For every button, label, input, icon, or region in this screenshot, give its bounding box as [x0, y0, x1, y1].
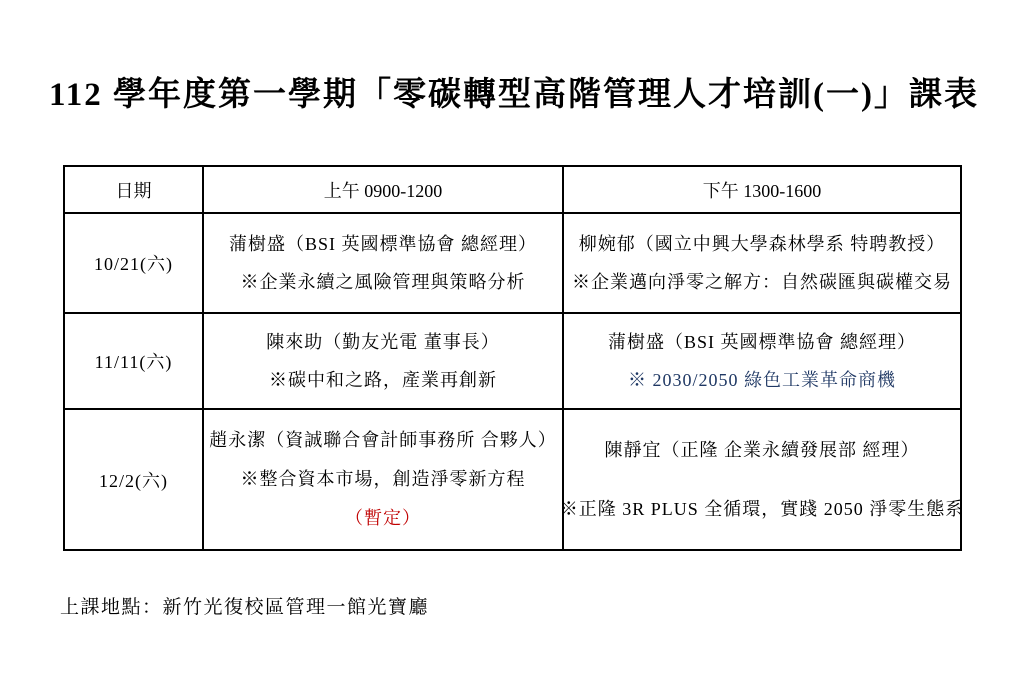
speaker-line: 蒲樹盛（BSI 英國標準協會 總經理） — [608, 331, 916, 354]
topic-line: ※碳中和之路，產業再創新 — [269, 369, 497, 392]
date-label: 10/21(六) — [94, 254, 173, 274]
table-row: 11/11(六) 陳來助（勤友光電 董事長） ※碳中和之路，產業再創新 蒲樹盛（… — [64, 313, 961, 409]
speaker-line: 趙永潔（資誠聯合會計師事務所 合夥人） — [209, 429, 557, 452]
afternoon-cell: 柳婉郁（國立中興大學森林學系 特聘教授） ※企業邁向淨零之解方：自然碳匯與碳權交… — [563, 213, 961, 313]
header-row: 日期 上午 0900-1200 下午 1300-1600 — [64, 166, 961, 213]
date-cell: 10/21(六) — [64, 213, 203, 313]
topic-line: ※整合資本市場，創造淨零新方程 — [241, 468, 526, 491]
date-label: 12/2(六) — [99, 471, 168, 491]
afternoon-cell: 蒲樹盛（BSI 英國標準協會 總經理） ※ 2030/2050 綠色工業革命商機 — [563, 313, 961, 409]
morning-cell: 趙永潔（資誠聯合會計師事務所 合夥人） ※整合資本市場，創造淨零新方程 （暫定） — [203, 409, 563, 550]
morning-cell: 蒲樹盛（BSI 英國標準協會 總經理） ※企業永續之風險管理與策略分析 — [203, 213, 563, 313]
speaker-line: 陳靜宜（正隆 企業永續發展部 經理） — [605, 439, 920, 462]
date-cell: 12/2(六) — [64, 409, 203, 550]
tentative-note: （暫定） — [345, 507, 421, 530]
topic-line: ※企業邁向淨零之解方：自然碳匯與碳權交易 — [572, 271, 952, 294]
date-cell: 11/11(六) — [64, 313, 203, 409]
header-date: 日期 — [64, 166, 203, 213]
header-afternoon: 下午 1300-1600 — [563, 166, 961, 213]
page-title: 112 學年度第一學期「零碳轉型高階管理人才培訓(一)」課表 — [0, 68, 1028, 115]
schedule-table: 日期 上午 0900-1200 下午 1300-1600 10/21(六) 蒲樹… — [63, 165, 962, 551]
speaker-line: 柳婉郁（國立中興大學森林學系 特聘教授） — [579, 233, 946, 256]
afternoon-cell: 陳靜宜（正隆 企業永續發展部 經理） ※正隆 3R PLUS 全循環，實踐 20… — [563, 409, 961, 550]
date-label: 11/11(六) — [95, 352, 173, 372]
table-row: 10/21(六) 蒲樹盛（BSI 英國標準協會 總經理） ※企業永續之風險管理與… — [64, 213, 961, 313]
location-note: 上課地點：新竹光復校區管理一館光寶廳 — [60, 592, 429, 619]
topic-line: ※正隆 3R PLUS 全循環，實踐 2050 淨零生態系 — [560, 498, 965, 521]
speaker-line: 蒲樹盛（BSI 英國標準協會 總經理） — [229, 233, 537, 256]
table-row: 12/2(六) 趙永潔（資誠聯合會計師事務所 合夥人） ※整合資本市場，創造淨零… — [64, 409, 961, 550]
topic-line-highlighted: ※ 2030/2050 綠色工業革命商機 — [628, 369, 896, 392]
morning-cell: 陳來助（勤友光電 董事長） ※碳中和之路，產業再創新 — [203, 313, 563, 409]
speaker-line: 陳來助（勤友光電 董事長） — [266, 331, 500, 354]
header-morning: 上午 0900-1200 — [203, 166, 563, 213]
topic-line: ※企業永續之風險管理與策略分析 — [241, 271, 526, 294]
